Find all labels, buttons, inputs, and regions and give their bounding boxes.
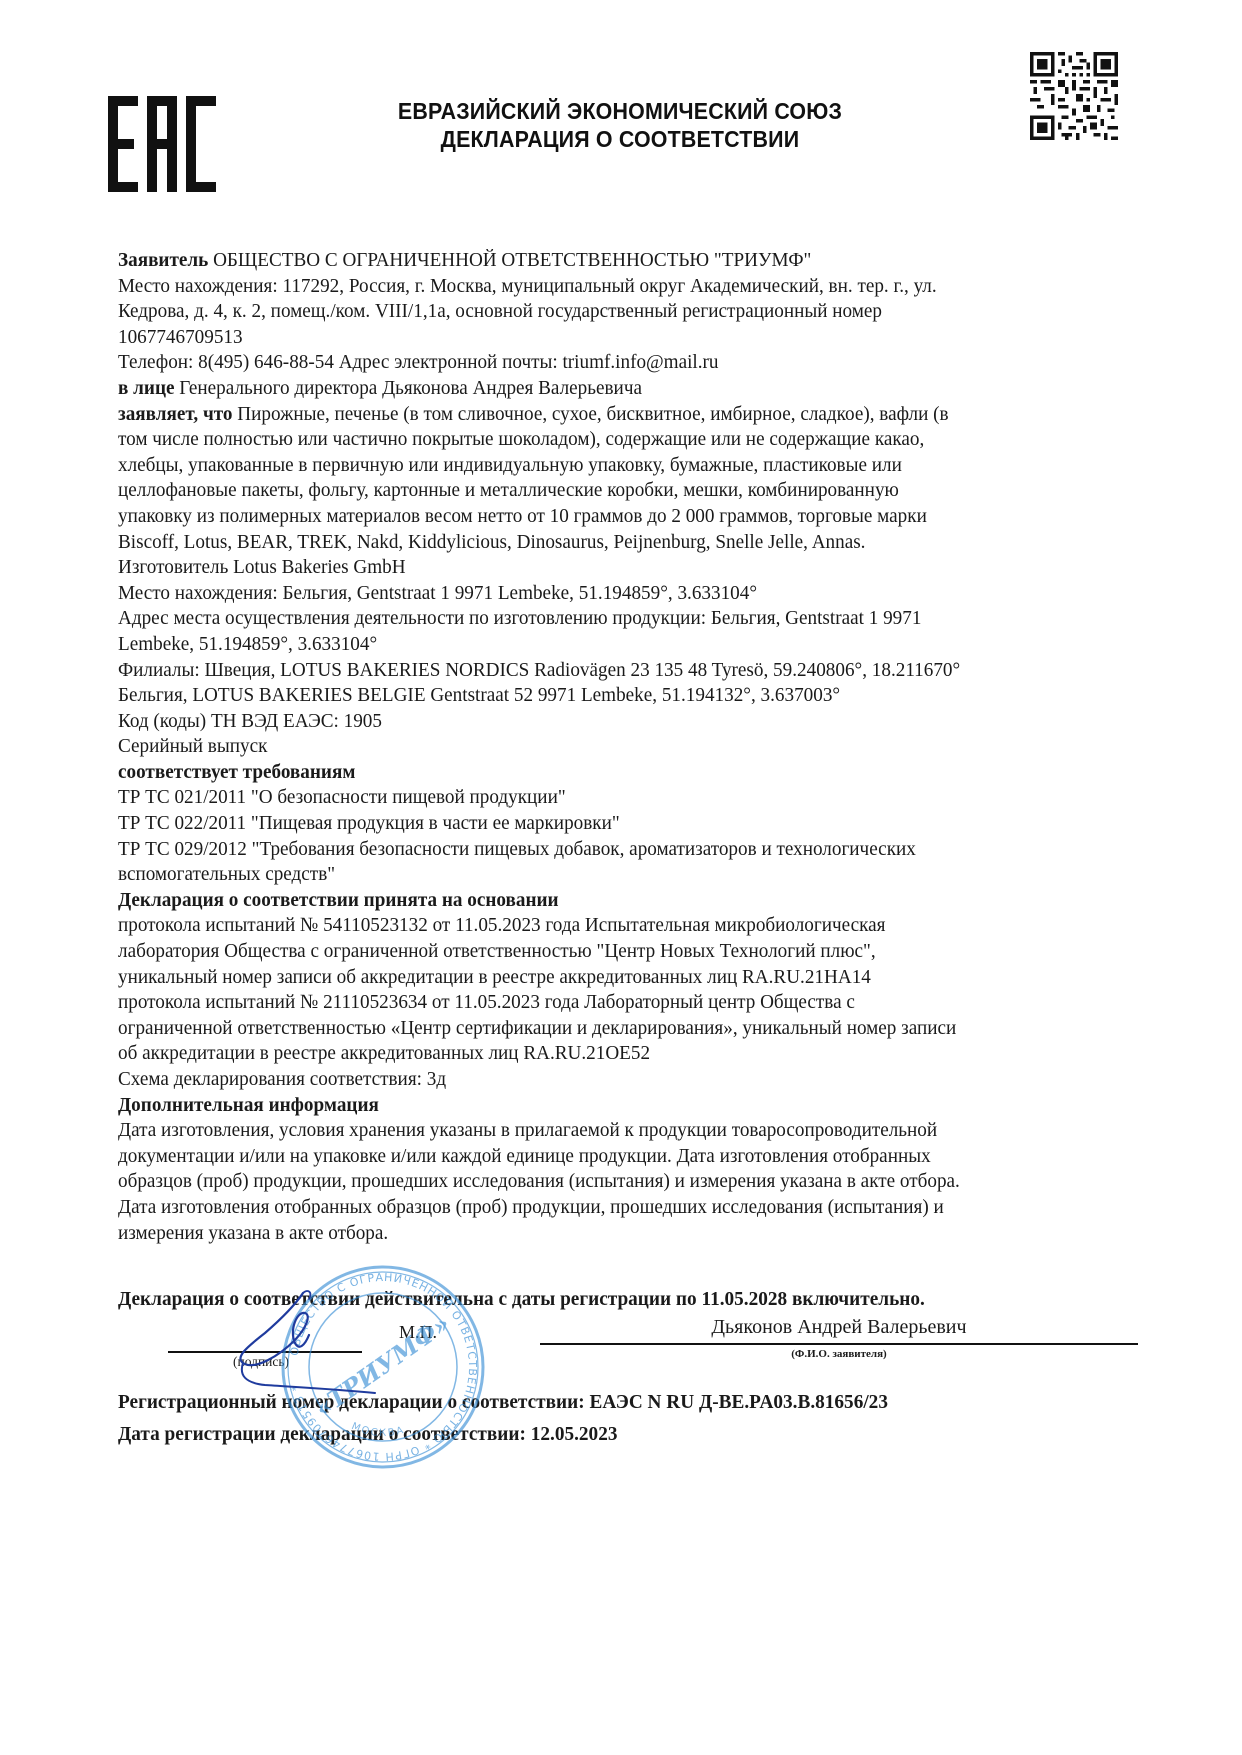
signer-caption: (Ф.И.О. заявителя) bbox=[540, 1348, 1138, 1360]
manufacturer-location: Место нахождения: Бельгия, Gentstraat 1 … bbox=[118, 581, 1067, 607]
requirement-line: ТР ТС 022/2011 "Пищевая продукция в част… bbox=[118, 811, 1067, 837]
product-line: Biscoff, Lotus, BEAR, TREK, Nakd, Kiddyl… bbox=[118, 530, 1067, 556]
hs-code: Код (коды) ТН ВЭД ЕАЭС: 1905 bbox=[118, 709, 1067, 735]
additional-info-line: Дата изготовления, условия хранения указ… bbox=[118, 1118, 1067, 1144]
product-line: хлебцы, упакованные в первичную или инди… bbox=[118, 453, 1067, 479]
requirement-line: ТР ТС 029/2012 "Требования безопасности … bbox=[118, 837, 1067, 863]
applicant-label: Заявитель bbox=[118, 249, 208, 271]
applicant-name: ОБЩЕСТВО С ОГРАНИЧЕННОЙ ОТВЕТСТВЕННОСТЬЮ… bbox=[208, 249, 811, 271]
basis-line: ограниченной ответственностью «Центр сер… bbox=[118, 1016, 1067, 1042]
product-line: заявляет, что Пирожные, печенье (в том с… bbox=[118, 402, 1067, 428]
branches-line: Бельгия, LOTUS BAKERIES BELGIE Gentstraa… bbox=[118, 683, 1067, 709]
product-line: целлофановые пакеты, фольгу, картонные и… bbox=[118, 478, 1067, 504]
applicant-address-line: Место нахождения: 117292, Россия, г. Мос… bbox=[118, 274, 1067, 300]
signature-caption: (подпись) bbox=[233, 1354, 289, 1370]
document-title: ЕВРАЗИЙСКИЙ ЭКОНОМИЧЕСКИЙ СОЮЗ ДЕКЛАРАЦИ… bbox=[322, 97, 917, 153]
product-text: Пирожные, печенье (в том сливочное, сухо… bbox=[233, 403, 949, 425]
declaration-body: Заявитель ОБЩЕСТВО С ОГРАНИЧЕННОЙ ОТВЕТС… bbox=[118, 248, 1128, 1246]
eac-mark-icon bbox=[108, 96, 216, 192]
signature-line bbox=[168, 1351, 362, 1353]
represented-by: Генерального директора Дьяконова Андрея … bbox=[175, 377, 642, 399]
registration-date: Дата регистрации декларации о соответств… bbox=[118, 1423, 617, 1446]
represented-line: в лице Генерального директора Дьяконова … bbox=[118, 376, 1067, 402]
declares-label: заявляет, что bbox=[118, 403, 233, 425]
production-address-line: Lembeke, 51.194859°, 3.633104° bbox=[118, 632, 1067, 658]
product-line: том числе полностью или частично покрыты… bbox=[118, 427, 1067, 453]
requirement-line: ТР ТС 021/2011 "О безопасности пищевой п… bbox=[118, 785, 1067, 811]
additional-info-line: измерения указана в акте отбора. bbox=[118, 1221, 1067, 1247]
applicant-address-line: Кедрова, д. 4, к. 2, помещ./ком. VIII/1,… bbox=[118, 299, 1067, 325]
declaration-title: ДЕКЛАРАЦИЯ О СООТВЕТСТВИИ bbox=[322, 125, 917, 153]
branches-line: Филиалы: Швеция, LOTUS BAKERIES NORDICS … bbox=[118, 658, 1067, 684]
represented-label: в лице bbox=[118, 377, 175, 399]
additional-info-line: Дата изготовления отобранных образцов (п… bbox=[118, 1195, 1067, 1221]
applicant-line: Заявитель ОБЩЕСТВО С ОГРАНИЧЕННОЙ ОТВЕТС… bbox=[118, 248, 1067, 274]
applicant-ogrn: 1067746709513 bbox=[118, 325, 1067, 351]
signer-name-line bbox=[540, 1343, 1138, 1345]
seal-place-label: М.П. bbox=[399, 1322, 437, 1343]
union-name: ЕВРАЗИЙСКИЙ ЭКОНОМИЧЕСКИЙ СОЮЗ bbox=[322, 97, 917, 125]
additional-info-heading: Дополнительная информация bbox=[118, 1093, 1067, 1119]
qr-code-icon[interactable] bbox=[1030, 52, 1118, 140]
basis-line: об аккредитации в реестре аккредитованны… bbox=[118, 1041, 1067, 1067]
registration-number: Регистрационный номер декларации о соотв… bbox=[118, 1391, 888, 1414]
basis-line: протокола испытаний № 21110523634 от 11.… bbox=[118, 990, 1067, 1016]
requirement-line: вспомогательных средств" bbox=[118, 862, 1067, 888]
product-line: упаковку из полимерных материалов весом … bbox=[118, 504, 1067, 530]
basis-line: протокола испытаний № 54110523132 от 11.… bbox=[118, 913, 1067, 939]
additional-info-line: образцов (проб) продукции, прошедших исс… bbox=[118, 1169, 1067, 1195]
applicant-contacts: Телефон: 8(495) 646-88-54 Адрес электрон… bbox=[118, 350, 1067, 376]
basis-heading: Декларация о соответствии принята на осн… bbox=[118, 888, 1067, 914]
validity-statement: Декларация о соответствии действительна … bbox=[118, 1288, 925, 1311]
signer-name: Дьяконов Андрей Валерьевич bbox=[540, 1316, 1138, 1339]
production-address-line: Адрес места осуществления деятельности п… bbox=[118, 606, 1067, 632]
manufacturer-line: Изготовитель Lotus Bakeries GmbH bbox=[118, 555, 1067, 581]
declaration-scheme: Схема декларирования соответствия: 3д bbox=[118, 1067, 1067, 1093]
basis-line: лаборатория Общества с ограниченной отве… bbox=[118, 939, 1067, 965]
basis-line: уникальный номер записи об аккредитации … bbox=[118, 965, 1067, 991]
requirements-heading: соответствует требованиям bbox=[118, 760, 1067, 786]
production-type: Серийный выпуск bbox=[118, 734, 1067, 760]
additional-info-line: документации и/или на упаковке и/или каж… bbox=[118, 1144, 1067, 1170]
